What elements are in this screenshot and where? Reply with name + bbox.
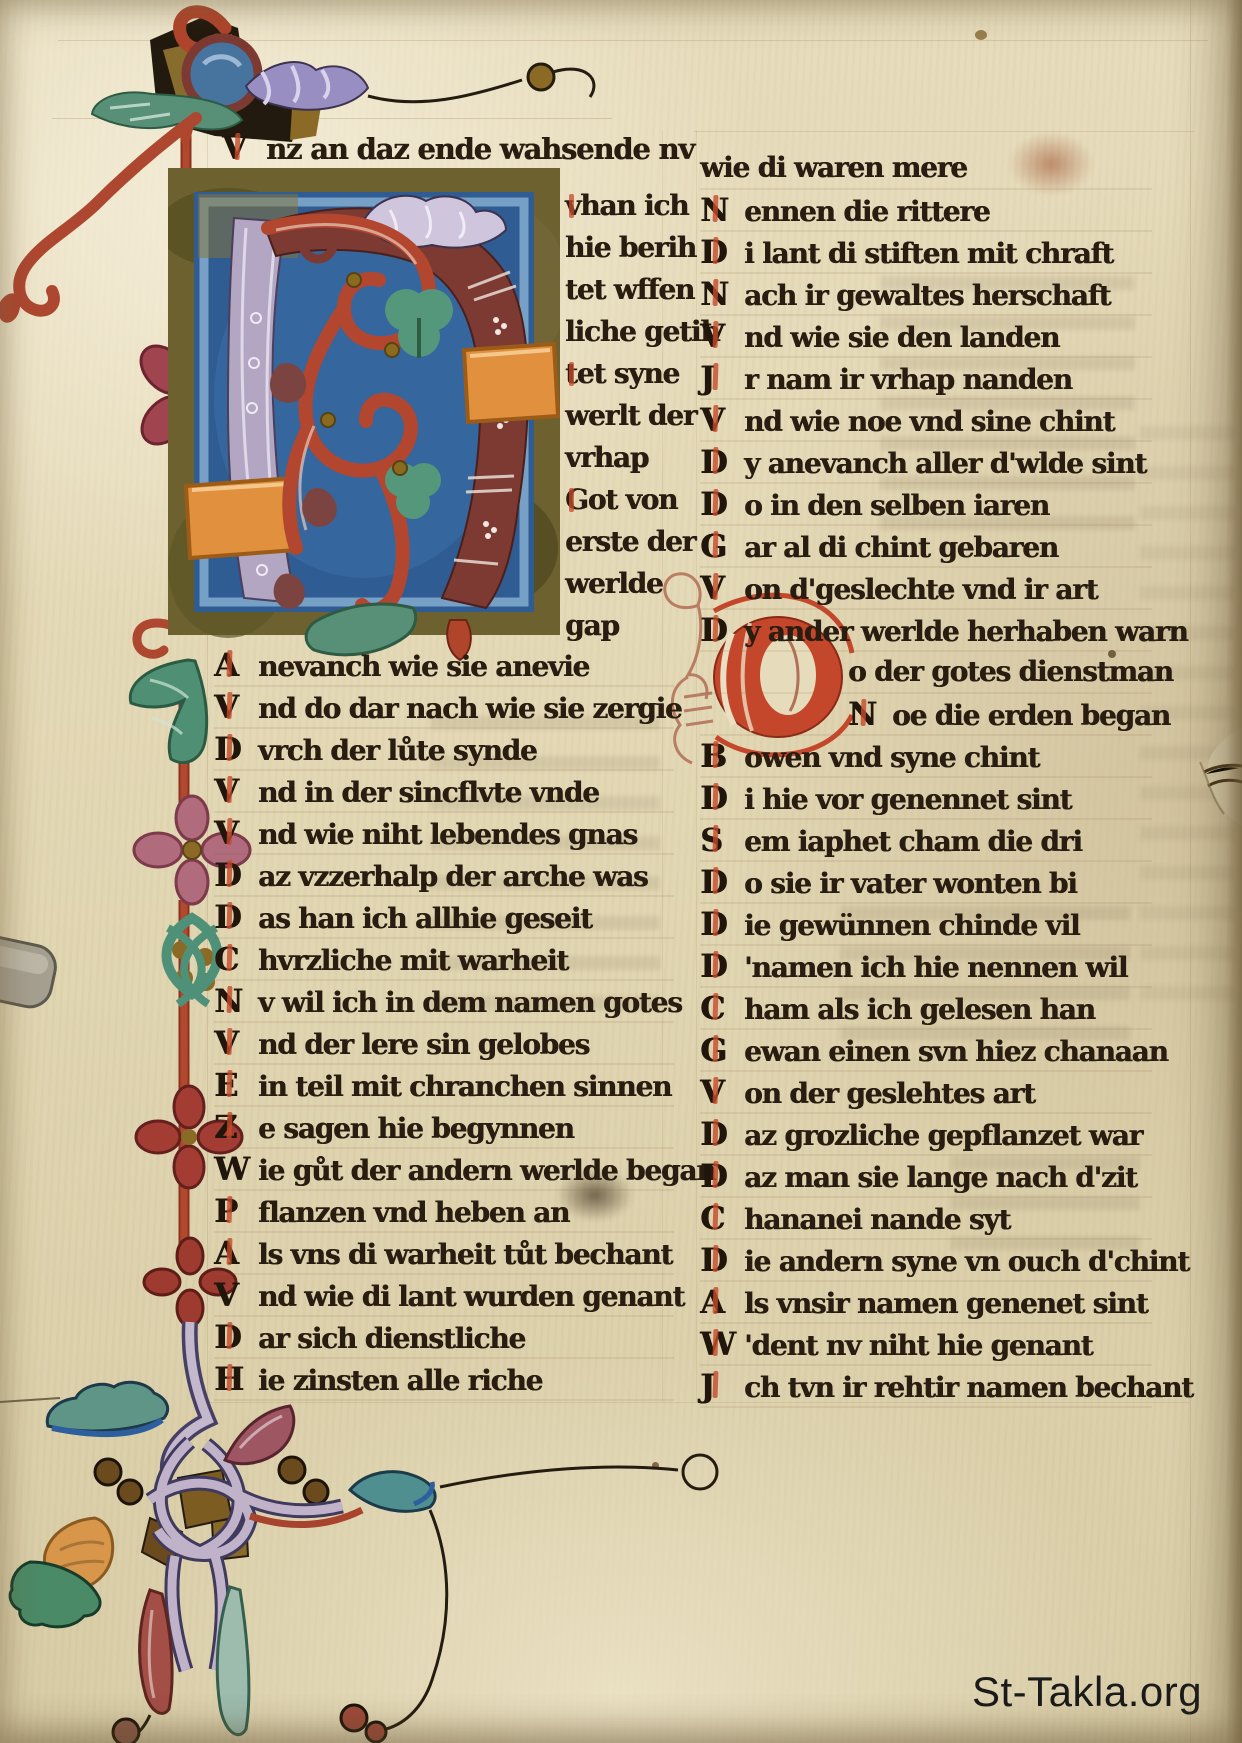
versal-letter: D — [700, 1114, 738, 1154]
versal-letter: D — [700, 232, 738, 272]
line-text: Got von — [565, 483, 677, 516]
line-text: ie zinsten alle riche — [258, 1364, 542, 1397]
line-text: as han ich allhie geseit — [258, 902, 592, 935]
versal-letter: D — [700, 946, 738, 986]
line-text: nd wie di lant wurden genant — [258, 1280, 684, 1313]
text-line: Dy anevanch aller d'wlde sint — [700, 442, 1152, 484]
versal-letter: N — [214, 981, 252, 1021]
interlace-knot — [167, 918, 218, 1004]
text-line: Pflanzen vnd heben an — [214, 1191, 674, 1233]
text-line: erste der — [565, 522, 695, 564]
versal-letter: V — [214, 687, 252, 727]
text-line: Chvrzliche mit warheit — [214, 939, 674, 981]
line-text: tet syne — [565, 357, 679, 390]
line-text: ls vns di warheit tůt bechant — [258, 1238, 672, 1271]
versal-letter: S — [700, 820, 738, 860]
line-text: ls vnsir namen genenet sint — [744, 1287, 1147, 1320]
berry — [366, 1722, 386, 1742]
text-line: Jch tvn ir rehtir namen bechant — [700, 1366, 1152, 1408]
versal-letter: N — [700, 274, 738, 314]
versal-letter: D — [214, 855, 252, 895]
versal-letter: D — [214, 729, 252, 769]
text-line: liche getih — [565, 312, 695, 354]
column1-header: Vnz an daz ende wahsende nv — [222, 128, 682, 170]
versal-letter: D — [700, 778, 738, 818]
metal-clip — [0, 928, 76, 1028]
illuminated-initial-N — [168, 168, 560, 668]
line-text: r nam ir vrhap nanden — [744, 363, 1072, 396]
line-text: nd in der sincflvte vnde — [258, 776, 599, 809]
line-text: ham als ich gelesen han — [744, 993, 1095, 1026]
text-line: Nv wil ich in dem namen gotes — [214, 981, 674, 1023]
versal-letter: W — [700, 1324, 738, 1364]
line-text: o in den selben iaren — [744, 489, 1049, 522]
versal-letter: V — [222, 128, 260, 168]
versal-letter: V — [700, 400, 738, 440]
line-text: werlt der — [565, 399, 696, 432]
text-line: Das han ich allhie geseit — [214, 897, 674, 939]
text-line: Jr nam ir vrhap nanden — [700, 358, 1152, 400]
text-line: Die andern syne vn ouch d'chint — [700, 1240, 1152, 1282]
speck — [975, 30, 987, 40]
versal-letter: V — [700, 316, 738, 356]
versal-letter: V — [700, 1072, 738, 1112]
text-line: Nach ir gewaltes herschaft — [700, 274, 1152, 316]
line-text: nd der lere sin gelobes — [258, 1028, 589, 1061]
versal-letter: V — [700, 568, 738, 608]
versal-letter: N — [700, 190, 738, 230]
line-text: tet wffen — [565, 273, 694, 306]
text-line: Als vnsir namen genenet sint — [700, 1282, 1152, 1324]
text-line: Von der geslehtes art — [700, 1072, 1152, 1114]
text-line: Die gewünnen chinde vil — [700, 904, 1152, 946]
versal-letter: E — [214, 1065, 252, 1105]
line-text: az man sie lange nach d'zit — [744, 1161, 1137, 1194]
line-text: vrhap — [565, 441, 648, 474]
line-text: ar sich dienstliche — [258, 1322, 525, 1355]
line-text: nd wie noe vnd sine chint — [744, 405, 1114, 438]
versal-letter: G — [700, 1030, 738, 1070]
line-text: ie andern syne vn ouch d'chint — [744, 1245, 1189, 1278]
text-line: Sem iaphet cham die dri — [700, 820, 1152, 862]
text-line: hie berih — [565, 228, 695, 270]
text-line: Anevanch wie sie anevie — [214, 645, 674, 687]
line-text: ch tvn ir rehtir namen bechant — [744, 1371, 1193, 1404]
versal-letter: D — [700, 1240, 738, 1280]
line-text: erste der — [565, 525, 695, 558]
versal-letter: V — [214, 1275, 252, 1315]
text-line: Vnd wie sie den landen — [700, 316, 1152, 358]
text-line: Ze sagen hie begynnen — [214, 1107, 674, 1149]
line-text: flanzen vnd heben an — [258, 1196, 569, 1229]
versal-letter: D — [700, 904, 738, 944]
text-line: Dvrch der lůte synde — [214, 729, 674, 771]
text-line: Ein teil mit chranchen sinnen — [214, 1065, 674, 1107]
text-line: Daz grozliche gepflanzet war — [700, 1114, 1152, 1156]
line-text: y anevanch aller d'wlde sint — [744, 447, 1146, 480]
line-text: 'dent nv niht hie genant — [744, 1329, 1092, 1362]
versal-letter: D — [700, 610, 738, 650]
text-line: Cham als ich gelesen han — [700, 988, 1152, 1030]
text-line: vrhap — [565, 438, 695, 480]
line-text: vhan ich — [565, 189, 688, 222]
line-text: oe die erden began — [892, 699, 1170, 732]
text-line: Vnd wie niht lebendes gnas — [214, 813, 674, 855]
watermark: St-Takla.org — [972, 1668, 1202, 1716]
text-line: Do in den selben iaren — [700, 484, 1152, 526]
page-edge-shadow — [1226, 0, 1242, 1743]
versal-letter: G — [700, 526, 738, 566]
versal-letter: Z — [214, 1107, 252, 1147]
text-line: Do sie ir vater wonten bi — [700, 862, 1152, 904]
versal-letter: B — [700, 736, 738, 776]
text-line: Vnd wie noe vnd sine chint — [700, 400, 1152, 442]
text-line: Gar al di chint gebaren — [700, 526, 1152, 568]
versal-letter: D — [700, 484, 738, 524]
line-text: gap — [565, 609, 619, 642]
ruling-line-right-margin — [1190, 0, 1191, 1743]
line-text: ie gewünnen chinde vil — [744, 909, 1079, 942]
text-line: werlt der — [565, 396, 695, 438]
versal-letter: V — [214, 1023, 252, 1063]
text-line: Di hie vor genennet sint — [700, 778, 1152, 820]
text-line: D'namen ich hie nennen wil — [700, 946, 1152, 988]
line-text: az vzzerhalp der arche was — [258, 860, 647, 893]
line-text: ennen die rittere — [744, 195, 989, 228]
text-line: Vnz an daz ende wahsende nv — [222, 128, 682, 170]
text-line: Daz man sie lange nach d'zit — [700, 1156, 1152, 1198]
text-line: Vnd wie di lant wurden genant — [214, 1275, 674, 1317]
text-line: Als vns di warheit tůt bechant — [214, 1233, 674, 1275]
mauve-leaf — [225, 1406, 294, 1464]
line-text: nevanch wie sie anevie — [258, 650, 589, 683]
line-text: o der gotes dienstman — [848, 655, 1173, 688]
line-text: o sie ir vater wonten bi — [744, 867, 1077, 900]
versal-letter: D — [700, 862, 738, 902]
line-text: in teil mit chranchen sinnen — [258, 1070, 671, 1103]
text-line: Dy ander werlde herhaben warn — [700, 610, 1152, 652]
versal-letter: N — [848, 694, 886, 734]
text-line: gap — [565, 606, 695, 648]
versal-letter: A — [700, 1282, 738, 1322]
text-line: Daz vzzerhalp der arche was — [214, 855, 674, 897]
versal-letter: A — [214, 645, 252, 685]
versal-letter: D — [700, 1156, 738, 1196]
text-line: Di lant di stiften mit chraft — [700, 232, 1152, 274]
versal-letter: C — [700, 1198, 738, 1238]
pen-loop — [683, 1455, 717, 1489]
versal-letter: J — [700, 358, 738, 398]
text-line: W'dent nv niht hie genant — [700, 1324, 1152, 1366]
text-line: tet syne — [565, 354, 695, 396]
manuscript-page: Vnz an daz ende wahsende nv vhan ichhie … — [0, 0, 1242, 1743]
versal-letter: P — [214, 1191, 252, 1231]
versal-letter: C — [214, 939, 252, 979]
line-text: hvrzliche mit warheit — [258, 944, 568, 977]
text-line: Bowen vnd syne chint — [700, 736, 1152, 778]
text-line: Nennen die rittere — [700, 190, 1152, 232]
line-text: nz an daz ende wahsende nv — [266, 132, 694, 166]
berry — [113, 1719, 139, 1743]
line-text: ach ir gewaltes herschaft — [744, 279, 1110, 312]
line-text: hie berih — [565, 231, 696, 264]
text-line: o der gotes dienstman — [700, 652, 1152, 694]
text-column-2: wie di waren mereNennen die rittereDi la… — [700, 148, 1152, 1408]
versal-letter: W — [214, 1149, 252, 1189]
line-text: nd wie niht lebendes gnas — [258, 818, 637, 851]
line-text: em iaphet cham die dri — [744, 825, 1082, 858]
text-line: Vnd in der sincflvte vnde — [214, 771, 674, 813]
text-line: Vnd do dar nach wie sie zergie — [214, 687, 674, 729]
line-text: on d'geslechte vnd ir art — [744, 573, 1097, 606]
text-column-1: Anevanch wie sie anevieVnd do dar nach w… — [214, 645, 674, 1401]
line-text: wie di waren mere — [700, 151, 967, 184]
line-text: hananei nande syt — [744, 1203, 1010, 1236]
text-line: Chananei nande syt — [700, 1198, 1152, 1240]
versal-letter: D — [214, 1317, 252, 1357]
text-line: Gewan einen svn hiez chanaan — [700, 1030, 1152, 1072]
line-text: az grozliche gepflanzet war — [744, 1119, 1142, 1152]
text-line: Vnd der lere sin gelobes — [214, 1023, 674, 1065]
text-line: Got von — [565, 480, 695, 522]
line-text: nd do dar nach wie sie zergie — [258, 692, 682, 725]
text-line: tet wffen — [565, 270, 695, 312]
line-text: vrch der lůte synde — [258, 734, 537, 767]
versal-letter: H — [214, 1359, 252, 1399]
berry — [341, 1705, 367, 1731]
line-text: ar al di chint gebaren — [744, 531, 1058, 564]
versal-letter: J — [700, 1366, 738, 1406]
line-text: i lant di stiften mit chraft — [744, 237, 1113, 270]
line-text: liche getih — [565, 315, 719, 348]
versal-letter: V — [214, 813, 252, 853]
line-text: owen vnd syne chint — [744, 741, 1039, 774]
initial-side-column: vhan ichhie berihtet wffenliche getihtet… — [565, 186, 695, 648]
text-line: vhan ich — [565, 186, 695, 228]
line-text: on der geslehtes art — [744, 1077, 1035, 1110]
line-text: ewan einen svn hiez chanaan — [744, 1035, 1168, 1068]
line-text: nd wie sie den landen — [744, 321, 1059, 354]
versal-letter: A — [214, 1233, 252, 1273]
versal-letter: D — [214, 897, 252, 937]
line-text: y ander werlde herhaben warn — [744, 615, 1188, 648]
text-line: Wie gůt der andern werlde began — [214, 1149, 674, 1191]
text-line: wie di waren mere — [700, 148, 1152, 190]
versal-letter: C — [700, 988, 738, 1028]
versal-letter: V — [214, 771, 252, 811]
text-line: Dar sich dienstliche — [214, 1317, 674, 1359]
line-text: i hie vor genennet sint — [744, 783, 1071, 816]
text-line: Von d'geslechte vnd ir art — [700, 568, 1152, 610]
wrap-leaf — [130, 660, 206, 763]
ruling-line-col2-top — [694, 131, 1194, 132]
text-line: werlde — [565, 564, 695, 606]
line-text: 'namen ich hie nennen wil — [744, 951, 1127, 984]
line-text: v wil ich in dem namen gotes — [258, 986, 682, 1019]
versal-letter: D — [700, 442, 738, 482]
text-line: Hie zinsten alle riche — [214, 1359, 674, 1401]
teal-heart-leaf — [350, 1472, 435, 1512]
text-line: Noe die erden began — [700, 694, 1152, 736]
line-text: e sagen hie begynnen — [258, 1112, 574, 1145]
line-text: werlde — [565, 567, 663, 600]
line-text: ie gůt der andern werlde began — [258, 1154, 715, 1187]
